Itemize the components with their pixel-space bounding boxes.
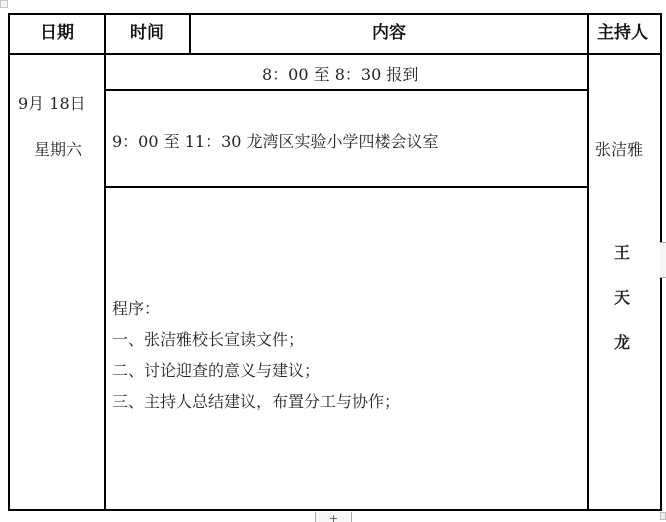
program-item: 三、主持人总结建议，布置分工与协作； bbox=[112, 386, 400, 417]
header-date: 日期 bbox=[40, 18, 74, 43]
table-border-top bbox=[8, 13, 662, 15]
header-time: 时间 bbox=[130, 18, 164, 43]
row1-divider bbox=[104, 89, 588, 91]
content-col-divider bbox=[587, 13, 589, 511]
host-primary: 张洁雅 bbox=[595, 137, 643, 160]
program-item: 二、讨论迎查的意义与建议； bbox=[112, 355, 400, 386]
table-resize-handle[interactable] bbox=[660, 512, 666, 520]
row-meeting: 9：00 至 11：30 龙湾区实验小学四楼会议室 bbox=[112, 129, 439, 152]
host-secondary: 王 天 龙 bbox=[612, 230, 632, 365]
header-content: 内容 bbox=[372, 18, 406, 43]
date-col-divider bbox=[104, 13, 106, 511]
program-title: 程序： bbox=[112, 293, 400, 324]
time-col-divider bbox=[189, 13, 191, 55]
host-secondary-char: 龙 bbox=[612, 320, 632, 365]
add-row-button[interactable]: + bbox=[315, 512, 352, 522]
host-secondary-char: 王 bbox=[612, 230, 632, 275]
row-checkin: 8：00 至 8：30 报到 bbox=[262, 62, 418, 85]
table-border-left bbox=[8, 13, 10, 511]
program-item: 一、张洁雅校长宣读文件； bbox=[112, 324, 400, 355]
header-host: 主持人 bbox=[597, 18, 648, 43]
program-list: 程序： 一、张洁雅校长宣读文件； 二、讨论迎查的意义与建议； 三、主持人总结建议… bbox=[112, 293, 400, 417]
weekday-value: 星期六 bbox=[34, 137, 82, 160]
row2-divider bbox=[104, 186, 588, 188]
host-secondary-char: 天 bbox=[612, 275, 632, 320]
header-divider bbox=[8, 53, 662, 55]
table-border-bottom bbox=[8, 509, 662, 511]
table-move-handle[interactable] bbox=[0, 0, 8, 8]
column-resize-tab[interactable] bbox=[660, 242, 666, 278]
date-value: 9月 18日 bbox=[18, 91, 86, 114]
